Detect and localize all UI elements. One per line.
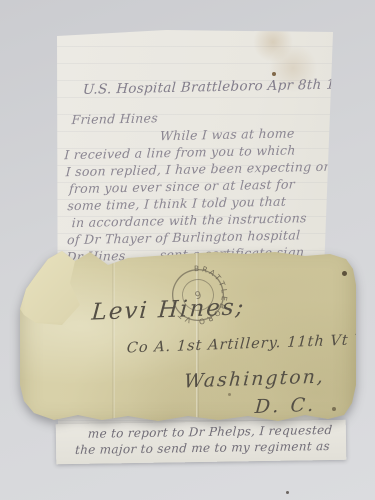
letter-salutation: Friend Hines [71, 110, 158, 127]
letter-bottom-strip: me to report to Dr Phelps, I requested t… [56, 420, 347, 465]
background-speck [286, 491, 289, 494]
letter-footer-line: the major to send me to my regiment as [75, 439, 331, 457]
address-state: D. C. [254, 394, 317, 418]
letter-footer-line: me to report to Dr Phelps, I requested [87, 423, 332, 441]
address-unit: Co A. 1st Artillery. 11th Vt Vol [126, 332, 375, 357]
letter-line: some time, I think I told you that [67, 194, 286, 214]
address-recipient: Levi Hines; [91, 294, 247, 325]
envelope-address: Levi Hines; Co A. 1st Artillery. 11th Vt… [17, 236, 359, 428]
envelope: BRATTLEBORO VT 9 Levi Hines; Co A. 1st A… [20, 245, 356, 425]
letter-line: While I was at home [160, 125, 295, 143]
letter-dateline: U.S. Hospital Brattleboro Apr 8th 1863 [83, 76, 362, 98]
envelope-paper: BRATTLEBORO VT 9 Levi Hines; Co A. 1st A… [20, 245, 356, 425]
address-city: Washington, [183, 365, 325, 392]
photo-background: U.S. Hospital Brattleboro Apr 8th 1863 F… [0, 0, 375, 500]
letter-line: I soon replied, I have been expecting on… [65, 158, 340, 179]
